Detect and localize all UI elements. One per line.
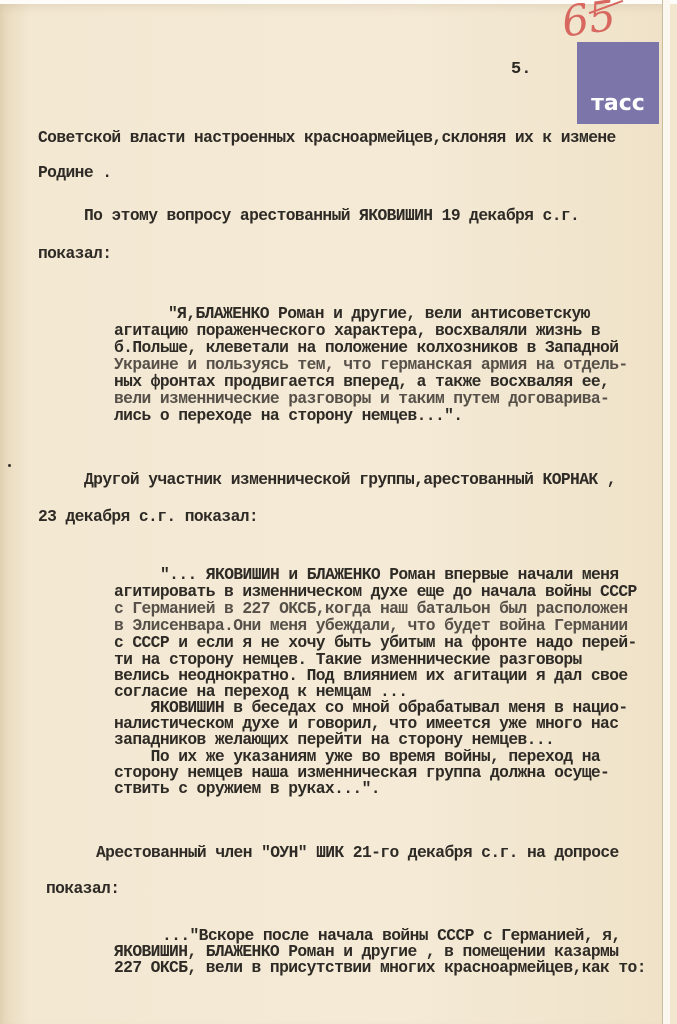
- text-line: 23 декабря с.г. показал:: [38, 507, 258, 526]
- text-line: Другой участник изменнической группы,аре…: [84, 470, 616, 489]
- text-line: Советской власти настроенных красноармей…: [38, 128, 616, 147]
- page-edge: [662, 0, 670, 1024]
- paper-speck: [8, 464, 11, 467]
- document-page: 65 тасс 5. Советской власти настроенных …: [0, 0, 670, 1024]
- tass-watermark-logo: тасс: [577, 42, 659, 124]
- text-line: "... ЯКОВИШИН и БЛАЖЕНКО Роман впервые н…: [160, 567, 619, 583]
- text-line: агитировать в изменническом духе еще до …: [114, 584, 637, 600]
- handwritten-folio-number: 65: [559, 0, 619, 46]
- text-line: ствить с оружием в руках...".: [114, 781, 380, 797]
- text-line: западников желающих перейти на сторону н…: [114, 732, 554, 748]
- text-line: б.Польше, клеветали на положение колхозн…: [114, 340, 618, 356]
- text-line: 227 ОКСБ, вели в присутствии многих крас…: [114, 960, 646, 976]
- text-line: показал:: [38, 244, 111, 263]
- text-line: агитацию пораженческого характера, восхв…: [114, 323, 600, 339]
- text-line: "Я,БЛАЖЕНКО Роман и другие, вели антисов…: [168, 306, 590, 322]
- page-number: 5.: [511, 60, 531, 79]
- tass-logo-text: тасс: [591, 91, 645, 116]
- text-line: ных фронтах продвигается вперед, а также…: [114, 374, 609, 390]
- text-line: Арестованный член "ОУН" ШИК 21-го декабр…: [96, 843, 619, 862]
- text-line: показал:: [46, 879, 119, 898]
- text-line: вели изменнические разговоры и таким пут…: [114, 391, 609, 407]
- text-line: По этому вопросу арестованный ЯКОВИШИН 1…: [84, 206, 579, 225]
- text-line: с Германией в 227 ОКСБ,когда наш батальо…: [114, 601, 628, 617]
- text-line: с СССР и если я не хочу быть убитым на ф…: [114, 635, 637, 651]
- text-line: Родине .: [38, 163, 111, 182]
- text-line: лись о переходе на сторону немцев...".: [114, 408, 462, 424]
- text-line: в Элисенвара.Они меня убеждали, что буде…: [114, 618, 628, 634]
- text-line: Украине и пользуясь тем, что германская …: [114, 357, 628, 373]
